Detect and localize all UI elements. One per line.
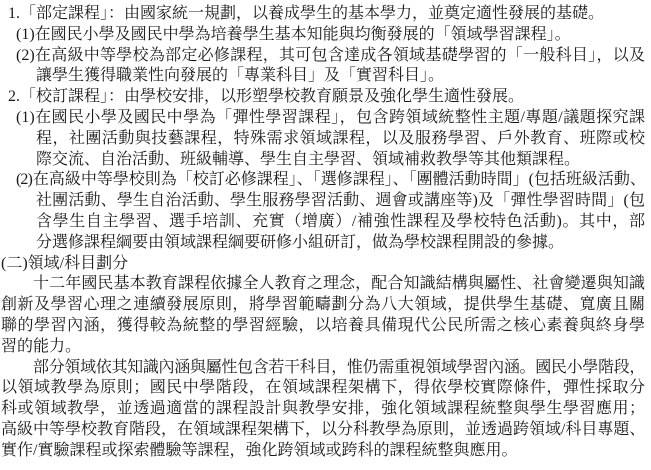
item-2-heading: 2.「校訂課程」：由學校安排，以形塑學校教育願景及強化學生適性發展。: [8, 87, 645, 108]
paragraph-2-line: 部分領域依其知識內涵與屬性包含若干科目，惟仍需重視領域學習內涵。國民小學階段，: [1, 358, 645, 379]
paragraph-2-line: 以領域教學為原則；國民中學階段，在領域課程架構下，得依學校實際條件，彈性採取分: [1, 378, 645, 399]
section-heading: (二)領域/科目劃分: [1, 254, 645, 275]
item-2-sub-2-cont: 社團活動、學生自治活動、學生服務學習活動、週會或講座等)及「彈性學習時間」(包: [36, 191, 645, 212]
paragraph-1-line: 習的能力。: [1, 337, 645, 358]
paragraph-1-line: 十二年國民基本教育課程依據全人教育之理念，配合知識結構與屬性、社會變遷與知識: [1, 274, 645, 295]
paragraph-2-line: 實作/實驗課程或探索體驗等課程，強化跨領域或跨科的課程統整與應用。: [1, 441, 645, 462]
item-2-sub-1-line: (1)在國民小學及國民中學為「彈性學習課程」，包含跨領域統整性主題/專題/議題探…: [16, 108, 645, 129]
item-1-sub-2-line: (2)在高級中等學校為部定必修課程，其可包含達成各領域基礎學習的「一般科目」，以…: [16, 46, 645, 67]
item-2-sub-2-line: (2)在高級中等學校則為「校訂必修課程」、「選修課程」、「團體活動時間」(包括班…: [16, 170, 645, 191]
item-1-heading: 1.「部定課程」：由國家統一規劃，以養成學生的基本學力，並奠定適性發展的基礎。: [8, 4, 645, 25]
paragraph-2-line: 科或領域教學，並透過適當的課程設計與教學安排，強化領域課程統整與學生學習應用；: [1, 399, 645, 420]
item-1-sub-2-cont: 讓學生獲得職業性向發展的「專業科目」及「實習科目」。: [36, 66, 645, 87]
paragraph-1-line: 創新及學習心理之連續發展原則，將學習範疇劃分為八大領域，提供學生基礎、寬廣且關: [1, 295, 645, 316]
item-2-sub-2-cont: 含學生自主學習、選手培訓、充實（增廣）/補強性課程及學校特色活動)。其中，部: [36, 212, 645, 233]
item-2-sub-2-cont: 分選修課程綱要由領域課程綱要研修小組研訂，做為學校課程開設的參據。: [36, 233, 645, 254]
paragraph-1-line: 聯的學習內涵，獲得較為統整的學習經驗，以培養具備現代公民所需之核心素養與終身學: [1, 316, 645, 337]
item-1-sub-1-line: (1)在國民小學及國民中學為培養學生基本知能與均衡發展的「領域學習課程」。: [16, 25, 645, 46]
item-2-sub-1-cont: 程，社團活動與技藝課程，特殊需求領域課程，以及服務學習、戶外教育、班際或校: [36, 129, 645, 150]
document-page: 1.「部定課程」：由國家統一規劃，以養成學生的基本學力，並奠定適性發展的基礎。 …: [0, 0, 651, 470]
paragraph-2-line: 高級中等學校教育階段，在領域課程架構下，以分科教學為原則，並透過跨領域/科目專題…: [1, 420, 645, 441]
item-2-sub-1-cont: 際交流、自治活動、班級輔導、學生自主學習、領域補救教學等其他類課程。: [36, 150, 645, 171]
